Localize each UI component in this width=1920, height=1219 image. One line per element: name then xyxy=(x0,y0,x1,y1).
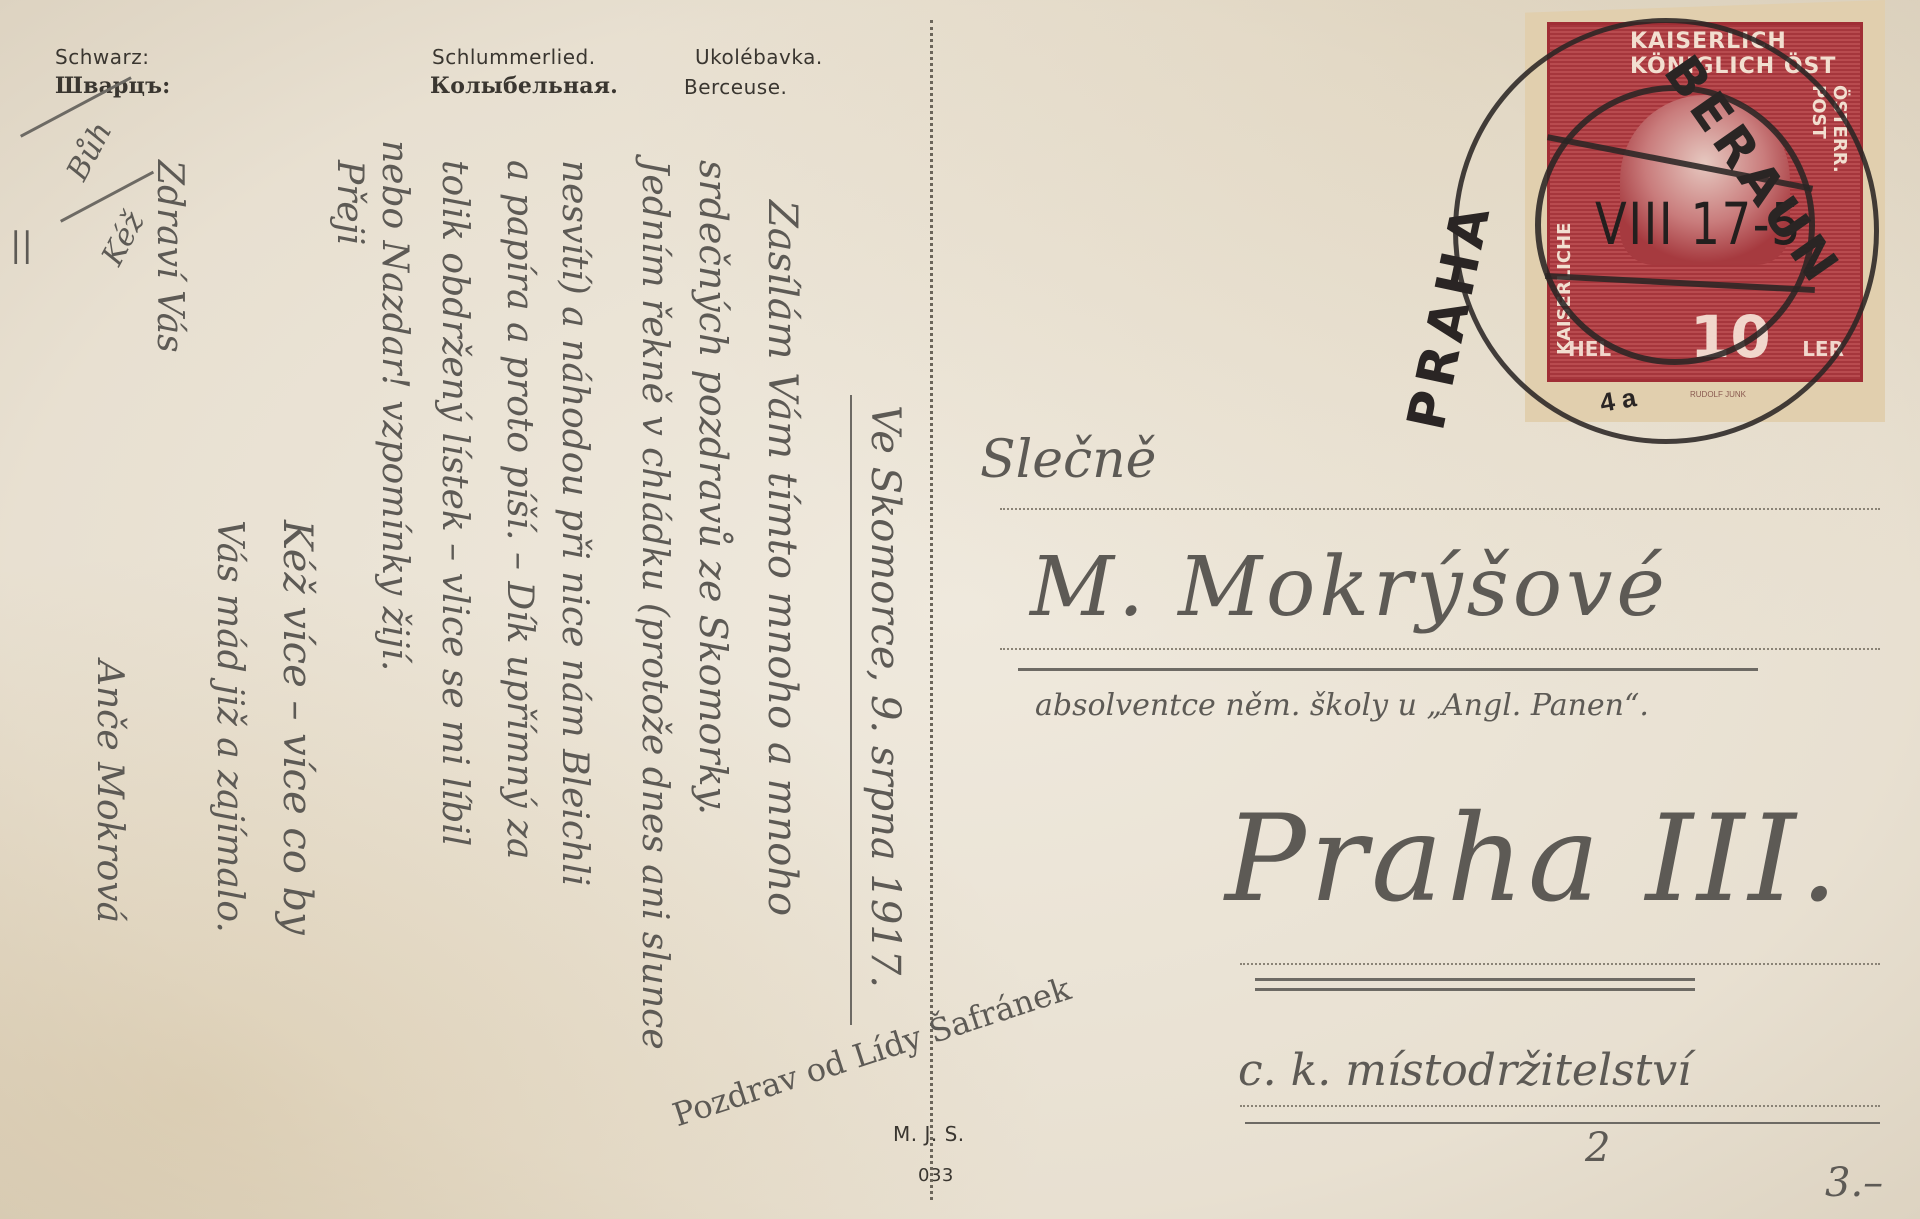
message-line: srdečných pozdravů ze Skomorky. xyxy=(691,160,735,815)
message-line: Jedním řekně v chládku (protože dnes ani… xyxy=(634,160,675,1050)
name-underline xyxy=(1018,668,1758,671)
message-line: Kéž více – více co by xyxy=(274,520,320,935)
address-line-3 xyxy=(1240,963,1880,965)
city-underline-2 xyxy=(1255,988,1695,991)
message-line: a papíra a proto píší. – Dík upřímný za xyxy=(499,160,540,860)
address-line2: absolventce něm. školy u „Angl. Panen“. xyxy=(1035,688,1649,723)
address-line-4 xyxy=(1240,1105,1880,1107)
postcard: Schwarz: Шварцъ: Schlummerlied. Ukolébav… xyxy=(0,0,1920,1219)
address-extra-mark: 2 xyxy=(1585,1125,1610,1171)
message-line: Zdraví Vás xyxy=(149,160,190,353)
city-underline-1 xyxy=(1255,978,1695,981)
message-dateline: Ve Skomorce, 9. srpna 1917. xyxy=(862,405,908,988)
margin-note: Bůh xyxy=(60,116,119,186)
dateline-underline xyxy=(850,395,852,1025)
title-russian: Колыбельная. xyxy=(430,73,618,99)
publisher-mark: M. J. S. xyxy=(893,1122,965,1146)
address-salutation: Slečně xyxy=(980,430,1156,490)
corner-note: 3.– xyxy=(1825,1160,1883,1206)
address-name: M. Mokrýšové xyxy=(1030,540,1669,635)
card-number: 033 xyxy=(918,1165,954,1186)
message-line: Přeji xyxy=(329,160,370,245)
margin-note: || xyxy=(10,225,33,265)
postmark-bottom-text: 4 a xyxy=(1598,382,1639,419)
line4-underline xyxy=(1245,1122,1880,1124)
composer-latin: Schwarz: xyxy=(55,45,149,69)
message-line: Vás mád již a zajímalo. xyxy=(209,520,250,933)
address-line-1 xyxy=(1000,508,1880,510)
message-line: nesvítí) a náhodou při nice nám Bleichli xyxy=(554,160,595,886)
address-line4: c. k. místodržitelství xyxy=(1238,1045,1691,1096)
address-city: Praha III. xyxy=(1225,790,1842,929)
title-czech: Ukolébavka. xyxy=(695,45,823,69)
greeting-bottom: Pozdrav od Lídy Šafránek xyxy=(668,970,1075,1135)
message-line: nebo Nazdar! vzpomínky žijí. xyxy=(374,140,415,671)
title-french: Berceuse. xyxy=(684,75,787,99)
message-line: Zasílám Vám tímto mnoho a mnoho xyxy=(759,200,805,916)
title-german: Schlummerlied. xyxy=(432,45,596,69)
margin-note: Kéž xyxy=(95,206,152,271)
message-line: tolik obdržený lístek – vlice se mi líbi… xyxy=(434,160,475,846)
strike-line xyxy=(60,171,154,223)
message-line: Anče Mokrová xyxy=(89,660,130,923)
address-line-2 xyxy=(1000,648,1880,650)
